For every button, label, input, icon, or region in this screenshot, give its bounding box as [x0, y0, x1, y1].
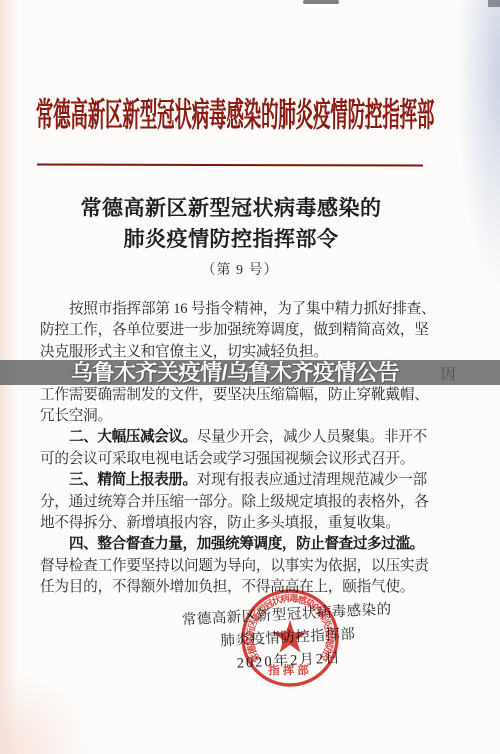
photo-edge-tint-right: [430, 0, 500, 330]
body-line: 三、精简上报表册。对现有报表应通过清理规范减少一部: [40, 470, 440, 491]
body-line: 四、整合督查力量，加强统筹调度，防止督查过多过滥。: [40, 534, 440, 555]
photo-smudge: [488, 0, 500, 7]
letterhead-rule: [37, 163, 423, 166]
watermark-text: 乌鲁木齐关疫情/乌鲁木齐疫情公告: [0, 360, 500, 385]
body-text: 地不得拆分、新增填报内容，防止多头填报，重复收集。: [40, 515, 400, 531]
body-text: 任为目的，不得额外增加负担，不得高高在上，颐指气使。: [40, 579, 414, 595]
item-heading: 二、大幅压减会议。: [69, 429, 197, 445]
issue-number: （第 9 号）: [0, 259, 480, 279]
seal-star-icon: [273, 620, 307, 653]
photo-edge-blush: [0, 604, 160, 754]
body-text: 防控工作，各单位要进一步加强统筹调度，做到精简高效，坚: [40, 322, 429, 338]
photo-smudge: [303, 0, 339, 4]
body-text: 可的会议可采取电视电话会或学习强国视频会议形式召开。: [40, 451, 414, 467]
item-heading: 四、整合督查力量，加强统筹调度，防止督查过多过滥。: [69, 536, 424, 552]
document-title-line1: 常德高新区新型冠状病毒感染的: [0, 193, 462, 224]
body-text: 分，通过统筹合并压缩一部分。除上级规定填报的表格外，各: [40, 494, 429, 510]
body-line: 分，通过统筹合并压缩一部分。除上级规定填报的表格外，各: [40, 492, 440, 513]
watermark-bar: 乌鲁木齐关疫情/乌鲁木齐疫情公告: [0, 360, 500, 385]
body-line: 可的会议可采取电视电话会或学习强国视频会议形式召开。: [40, 449, 440, 470]
body-text: 冗长空洞。: [40, 408, 112, 424]
body-text: 对现有报表应通过清理规范减少一部: [197, 472, 427, 488]
body-line: 防控工作，各单位要进一步加强统筹调度，做到精简高效，坚: [40, 320, 440, 341]
body-line: 按照市指挥部第 16 号指令精神，为了集中精力抓好排查、: [40, 299, 440, 320]
item-heading: 三、精简上报表册。: [69, 472, 197, 488]
body-text: 工作需要确需制发的文件，要坚决压缩篇幅，防止穿靴戴帽、: [40, 387, 429, 403]
letterhead-org-line: 常德高新区新型冠状病毒感染的肺炎疫情防控指挥部: [36, 98, 425, 135]
document-title: 常德高新区新型冠状病毒感染的 肺炎疫情防控指挥部令: [0, 193, 462, 255]
official-seal-stamp: 常德高新区新型冠状病毒感染的肺炎疫情防控 指挥部: [237, 585, 343, 691]
body-text: 决克服形式主义和官僚主义，切实减轻负担。: [40, 344, 328, 360]
seal-center-label: 指挥部: [267, 663, 312, 677]
body-text: 督导检查工作要坚持以问题为导向，以事实为依据，以压实责: [40, 558, 429, 574]
body-text: 尽量少开会，减少人员聚集。非开不: [197, 429, 427, 445]
document-title-line2: 肺炎疫情防控指挥部令: [0, 224, 462, 255]
document-body: 按照市指挥部第 16 号指令精神，为了集中精力抓好排查、防控工作，各单位要进一步…: [40, 299, 440, 598]
body-line: 督导检查工作要坚持以问题为导向，以事实为依据，以压实责: [40, 556, 440, 577]
body-line: 二、大幅压减会议。尽量少开会，减少人员聚集。非开不: [40, 427, 440, 448]
body-line: 冗长空洞。: [40, 406, 440, 427]
body-line: 地不得拆分、新增填报内容，防止多头填报，重复收集。: [40, 513, 440, 534]
body-text: 按照市指挥部第 16 号指令精神，为了集中精力抓好排查、: [69, 301, 436, 317]
body-line: 工作需要确需制发的文件，要坚决压缩篇幅，防止穿靴戴帽、: [40, 385, 440, 406]
